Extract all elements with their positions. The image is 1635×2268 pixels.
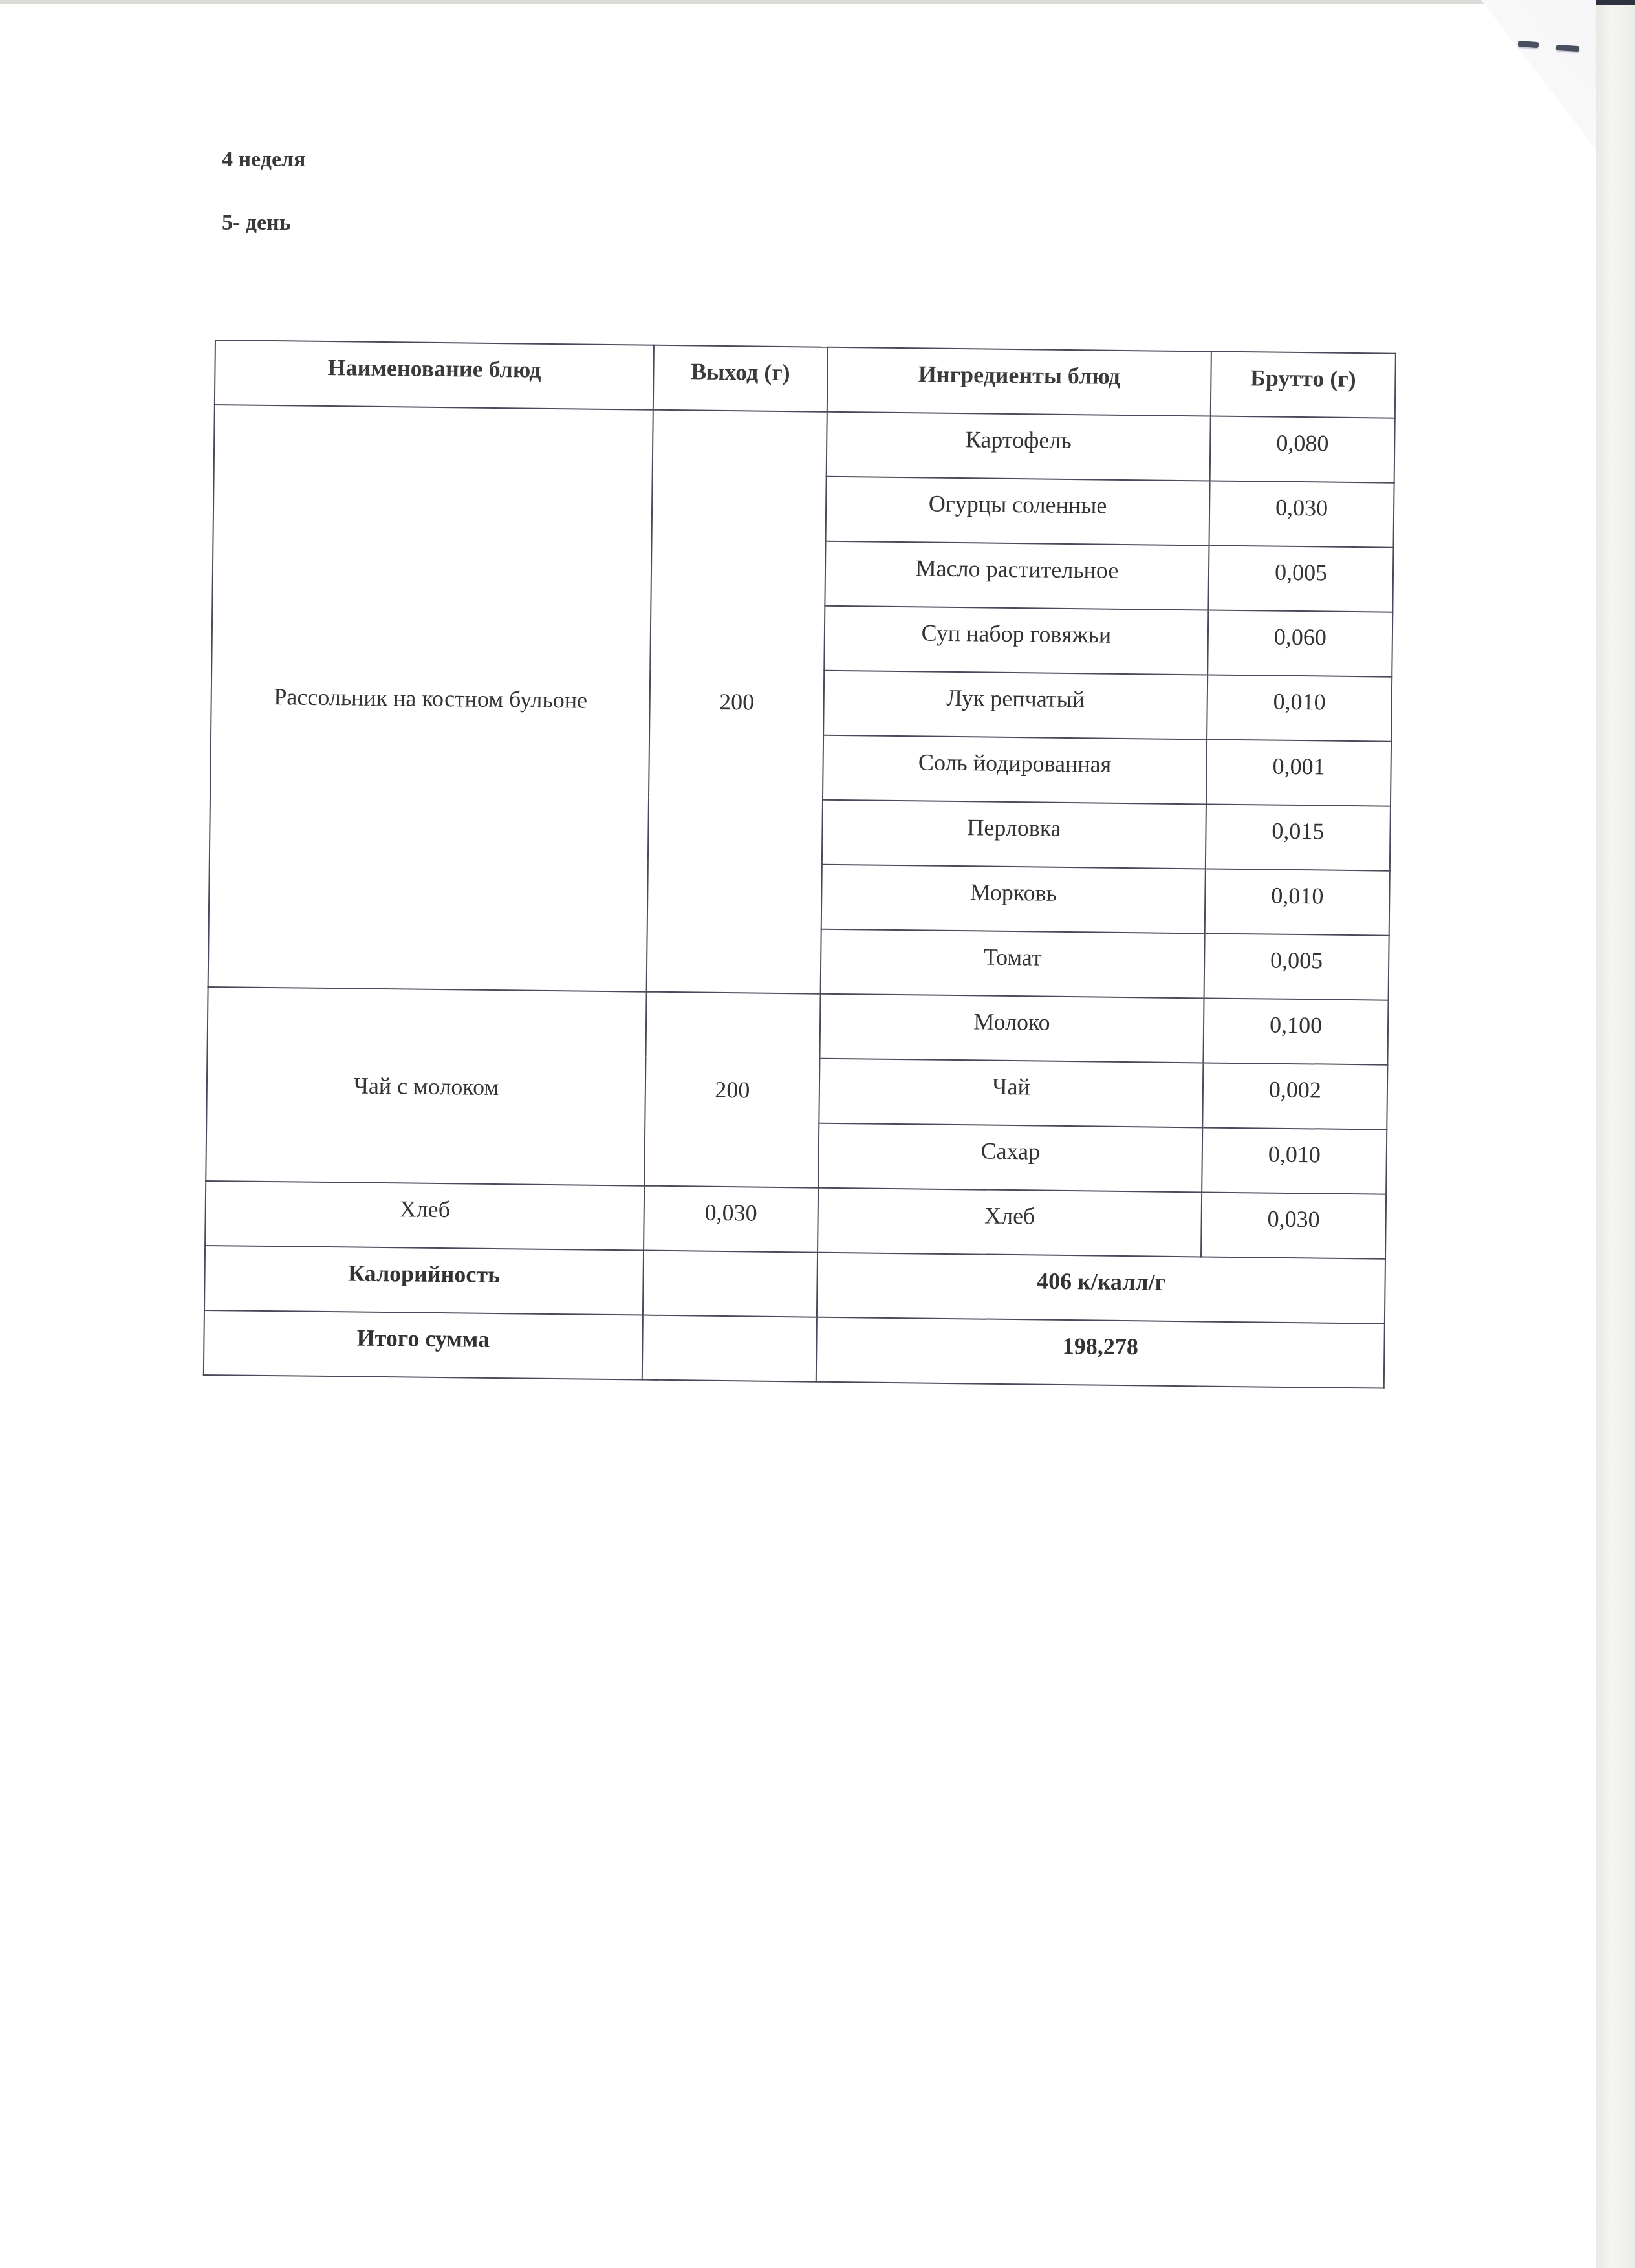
scan-right-edge-top: [1596, 0, 1635, 5]
ingredient-name: Сахар: [818, 1123, 1202, 1193]
ingredient-gross: 0,010: [1207, 675, 1392, 741]
total-value: 198,278: [816, 1317, 1385, 1388]
week-heading: 4 неделя: [222, 147, 306, 172]
ingredient-gross: 0,030: [1201, 1192, 1386, 1258]
ingredient-name: Хлеб: [817, 1188, 1202, 1257]
dish-yield: 0,030: [644, 1186, 818, 1253]
ingredient-name: Томат: [821, 929, 1205, 999]
ingredient-name: Суп набор говяжьи: [824, 606, 1208, 675]
ingredient-gross: 0,005: [1208, 545, 1393, 612]
ingredient-name: Перловка: [822, 800, 1206, 869]
column-header-ingredients: Ингредиенты блюд: [827, 347, 1211, 416]
corner-fold: [1481, 0, 1596, 149]
ingredient-name: Лук репчатый: [823, 671, 1207, 740]
dish-yield: 200: [647, 410, 827, 994]
column-header-gross: Брутто (г): [1211, 351, 1396, 418]
table-body: Рассольник на костном бульоне 200 Картоф…: [204, 405, 1395, 1388]
ingredient-name: Чай: [819, 1059, 1203, 1128]
ingredient-gross: 0,015: [1206, 804, 1391, 870]
calories-value: 406 к/калл/г: [817, 1253, 1385, 1324]
dish-name: Чай с молоком: [206, 987, 646, 1186]
dish-name: Хлеб: [205, 1181, 644, 1251]
scanned-page: 4 неделя 5- день Наименование блюд Выход…: [0, 0, 1635, 2268]
ingredient-gross: 0,005: [1204, 933, 1389, 1000]
column-header-yield: Выход (г): [653, 345, 828, 412]
ingredient-gross: 0,001: [1206, 739, 1391, 806]
ingredient-name: Огурцы соленные: [826, 477, 1210, 546]
scan-right-edge: [1596, 0, 1635, 2268]
ingredient-name: Масло растительное: [825, 541, 1209, 610]
ingredient-gross: 0,002: [1202, 1063, 1387, 1129]
ingredient-gross: 0,080: [1210, 416, 1395, 482]
total-row: Итого сумма 198,278: [204, 1310, 1385, 1388]
column-header-dish-name: Наименование блюд: [215, 340, 654, 410]
table-row: Чай с молоком 200 Молоко 0,100: [208, 987, 1389, 1065]
ingredient-name: Соль йодированная: [823, 735, 1207, 805]
ingredient-name: Картофель: [827, 412, 1211, 481]
ingredient-gross: 0,030: [1209, 481, 1394, 547]
ingredient-gross: 0,010: [1202, 1127, 1387, 1194]
table-row: Рассольник на костном бульоне 200 Картоф…: [214, 405, 1395, 483]
ingredient-name: Морковь: [821, 865, 1206, 934]
ingredient-gross: 0,060: [1207, 610, 1392, 676]
dish-name: Рассольник на костном бульоне: [208, 405, 653, 992]
day-heading: 5- день: [222, 211, 291, 235]
total-label: Итого сумма: [204, 1310, 643, 1380]
ingredient-gross: 0,010: [1205, 869, 1390, 935]
ingredient-name: Молоко: [819, 994, 1204, 1063]
calories-label: Калорийность: [204, 1246, 644, 1315]
menu-table: Наименование блюд Выход (г) Ингредиенты …: [203, 340, 1396, 1389]
scan-top-edge: [0, 0, 1635, 4]
dish-yield: 200: [644, 992, 820, 1188]
total-empty-cell: [642, 1315, 817, 1382]
calories-empty-cell: [643, 1251, 817, 1317]
ingredient-gross: 0,100: [1203, 998, 1388, 1064]
